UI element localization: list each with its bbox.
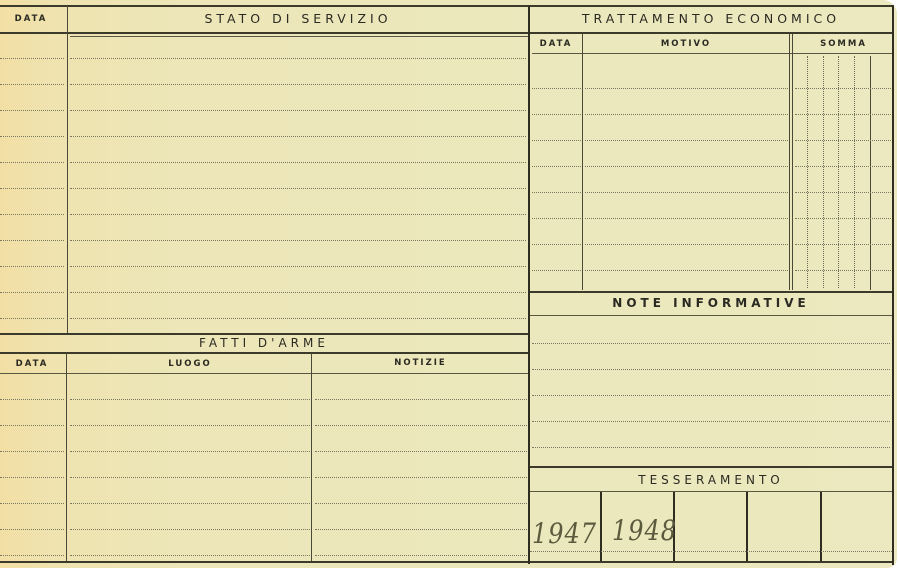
ruled-line	[0, 266, 64, 267]
stato-header-rule	[0, 32, 528, 34]
ruled-line	[532, 88, 581, 89]
somma-decimal-divider	[870, 56, 871, 290]
ruled-line	[70, 318, 526, 319]
ruled-line	[0, 84, 64, 85]
somma-subcol-4	[854, 56, 855, 288]
fatti-data-divider	[66, 353, 67, 561]
ruled-line	[70, 451, 310, 452]
trattamento-bottom-rule	[530, 291, 892, 293]
ruled-line	[0, 136, 64, 137]
fatti-data-header: DATA	[0, 359, 64, 369]
ruled-line	[532, 192, 581, 193]
trattamento-subheader-rule	[532, 53, 892, 54]
ruled-line	[532, 166, 581, 167]
trattamento-somma-header: SOMMA	[795, 39, 892, 49]
trattamento-data-divider	[582, 34, 583, 290]
trattamento-motivo-header: MOTIVO	[583, 39, 789, 49]
ruled-line	[70, 292, 526, 293]
ruled-line	[0, 292, 64, 293]
ruled-line	[70, 136, 526, 137]
ruled-line	[532, 395, 890, 396]
ruled-line	[0, 503, 64, 504]
ruled-line	[585, 88, 788, 89]
service-record-card: DATA STATO DI SERVIZIO FATTI D'ARME DATA…	[0, 0, 897, 568]
ruled-line	[585, 244, 788, 245]
ruled-line	[315, 451, 527, 452]
ruled-line	[0, 425, 64, 426]
trattamento-data-header: DATA	[530, 39, 582, 49]
ruled-line	[315, 425, 527, 426]
ruled-line	[795, 244, 891, 245]
note-informative-title: NOTE INFORMATIVE	[530, 296, 892, 310]
ruled-line	[0, 58, 64, 59]
ruled-line	[315, 503, 527, 504]
ruled-line	[795, 192, 891, 193]
right-border	[892, 5, 894, 565]
stato-data-divider	[67, 6, 68, 333]
tesseramento-cell-2: 1948	[612, 515, 677, 547]
ruled-line	[70, 503, 310, 504]
somma-subcol-3	[838, 56, 839, 288]
ruled-line	[0, 214, 64, 215]
fatti-d-arme-title: FATTI D'ARME	[0, 336, 528, 350]
ruled-line	[0, 555, 64, 556]
ruled-line	[585, 114, 788, 115]
ruled-line	[795, 88, 891, 89]
ruled-line	[532, 343, 890, 344]
ruled-line	[585, 192, 788, 193]
ruled-line	[585, 166, 788, 167]
ruled-line	[315, 555, 527, 556]
tesseramento-header-rule	[530, 491, 892, 492]
ruled-line	[70, 214, 526, 215]
ruled-line	[0, 162, 64, 163]
trattamento-motivo-divider	[789, 34, 790, 290]
ruled-line	[0, 529, 64, 530]
somma-subcol-1	[807, 56, 808, 288]
ruled-line	[0, 318, 64, 319]
tesseramento-baseline	[530, 551, 892, 552]
ruled-line	[532, 270, 581, 271]
fatti-subheader-rule	[0, 373, 528, 374]
ruled-line	[70, 58, 526, 59]
ruled-line	[70, 110, 526, 111]
fatti-luogo-header: LUOGO	[68, 359, 312, 369]
ruled-line	[795, 218, 891, 219]
trattamento-motivo-divider-2	[792, 34, 793, 290]
fatti-bottom-rule	[0, 561, 530, 563]
ruled-line	[315, 529, 527, 530]
ruled-line	[70, 162, 526, 163]
ruled-line	[315, 399, 527, 400]
note-bottom-rule	[530, 466, 892, 468]
ruled-line	[532, 218, 581, 219]
ruled-line	[532, 369, 890, 370]
ruled-line	[795, 140, 891, 141]
trattamento-economico-title: TRATTAMENTO ECONOMICO	[530, 11, 892, 26]
ruled-line	[0, 188, 64, 189]
ruled-line	[70, 399, 310, 400]
ruled-line	[532, 421, 890, 422]
ruled-line	[70, 84, 526, 85]
ruled-line	[585, 218, 788, 219]
stato-data-header: DATA	[0, 14, 62, 24]
ruled-line	[70, 477, 310, 478]
ruled-line	[0, 240, 64, 241]
ruled-line	[0, 110, 64, 111]
stato-bottom-rule	[0, 333, 528, 335]
fatti-luogo-divider	[311, 353, 312, 561]
ruled-line	[532, 114, 581, 115]
ruled-line	[0, 477, 64, 478]
top-border	[0, 5, 893, 7]
ruled-line	[795, 270, 891, 271]
fatti-notizie-header: NOTIZIE	[313, 358, 528, 368]
trattamento-header-rule	[530, 32, 892, 34]
ruled-line	[70, 240, 526, 241]
stato-di-servizio-title: STATO DI SERVIZIO	[68, 11, 528, 26]
ruled-line	[70, 188, 526, 189]
fatti-header-rule	[0, 352, 528, 354]
ruled-line	[0, 451, 64, 452]
ruled-line	[585, 140, 788, 141]
ruled-line	[70, 555, 310, 556]
ruled-line	[585, 270, 788, 271]
ruled-line	[315, 477, 527, 478]
tesseramento-title: TESSERAMENTO	[530, 473, 892, 487]
ruled-line	[70, 266, 526, 267]
somma-subcol-2	[823, 56, 824, 288]
ruled-line	[70, 529, 310, 530]
ruled-line	[532, 140, 581, 141]
ruled-line	[532, 447, 890, 448]
stato-header-rule-2	[70, 36, 528, 37]
note-header-rule	[530, 315, 892, 316]
ruled-line	[70, 425, 310, 426]
ruled-line	[795, 166, 891, 167]
tesseramento-cell-1: 1947	[532, 518, 597, 550]
tesseramento-bottom-rule	[530, 561, 892, 563]
ruled-line	[0, 399, 64, 400]
ruled-line	[795, 114, 891, 115]
ruled-line	[532, 244, 581, 245]
